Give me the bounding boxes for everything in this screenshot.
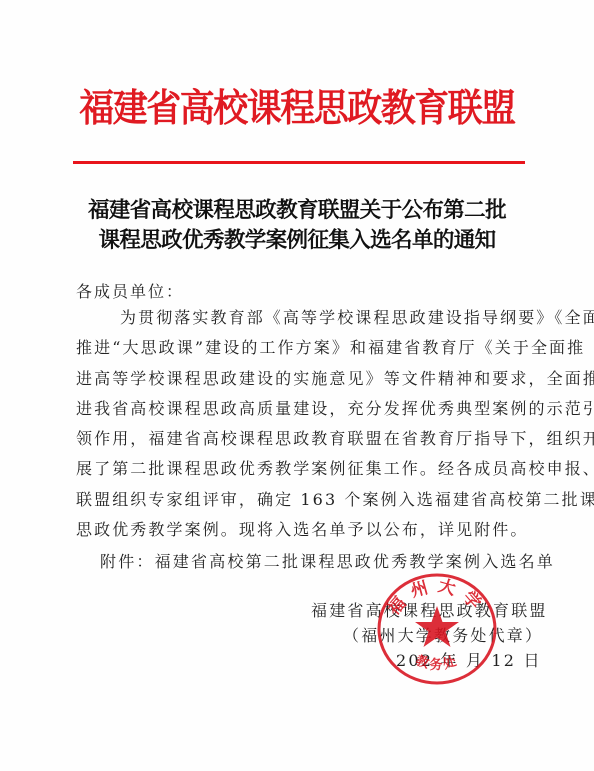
signature-date: 202 年 月 12 日 xyxy=(396,648,542,674)
document-page: 福建省高校课程思政教育联盟 福建省高校课程思政教育联盟关于公布第二批 课程思政优… xyxy=(0,0,594,771)
attachment-reference: 附件：福建省高校第二批课程思政优秀教学案例入选名单 xyxy=(100,549,555,575)
signature-proxy-seal-note: （福州大学教务处代章） xyxy=(343,623,543,649)
body-line: 联盟组织专家组评审，确定 163 个案例入选福建省高校第二批课程 xyxy=(76,485,522,515)
body-line: 推进“大思政课”建设的工作方案》和福建省教育厅《关于全面推 xyxy=(76,333,522,363)
notice-title-line-2: 课程思政优秀教学案例征集入选名单的通知 xyxy=(0,226,594,256)
body-line: 展了第二批课程思政优秀教学案例征集工作。经各成员高校申报、 xyxy=(76,454,522,484)
body-line: 思政优秀教学案例。现将入选名单予以公布，详见附件。 xyxy=(76,515,522,545)
body-line: 进高等学校课程思政建设的实施意见》等文件精神和要求，全面推 xyxy=(76,364,522,394)
notice-title-line-1: 福建省高校课程思政教育联盟关于公布第二批 xyxy=(0,196,594,226)
notice-body: 为贯彻落实教育部《高等学校课程思政建设指导纲要》《全面 推进“大思政课”建设的工… xyxy=(76,303,522,545)
letterhead-heading: 福建省高校课程思政教育联盟 xyxy=(0,82,594,136)
body-line: 进我省高校课程思政高质量建设，充分发挥优秀典型案例的示范引 xyxy=(76,394,522,424)
salutation: 各成员单位： xyxy=(76,279,184,305)
letterhead-red-rule xyxy=(73,161,525,164)
signature-organization: 福建省高校课程思政教育联盟 xyxy=(311,598,548,624)
body-line: 为贯彻落实教育部《高等学校课程思政建设指导纲要》《全面 xyxy=(76,303,522,333)
body-line: 领作用，福建省高校课程思政教育联盟在省教育厅指导下，组织开 xyxy=(76,424,522,454)
